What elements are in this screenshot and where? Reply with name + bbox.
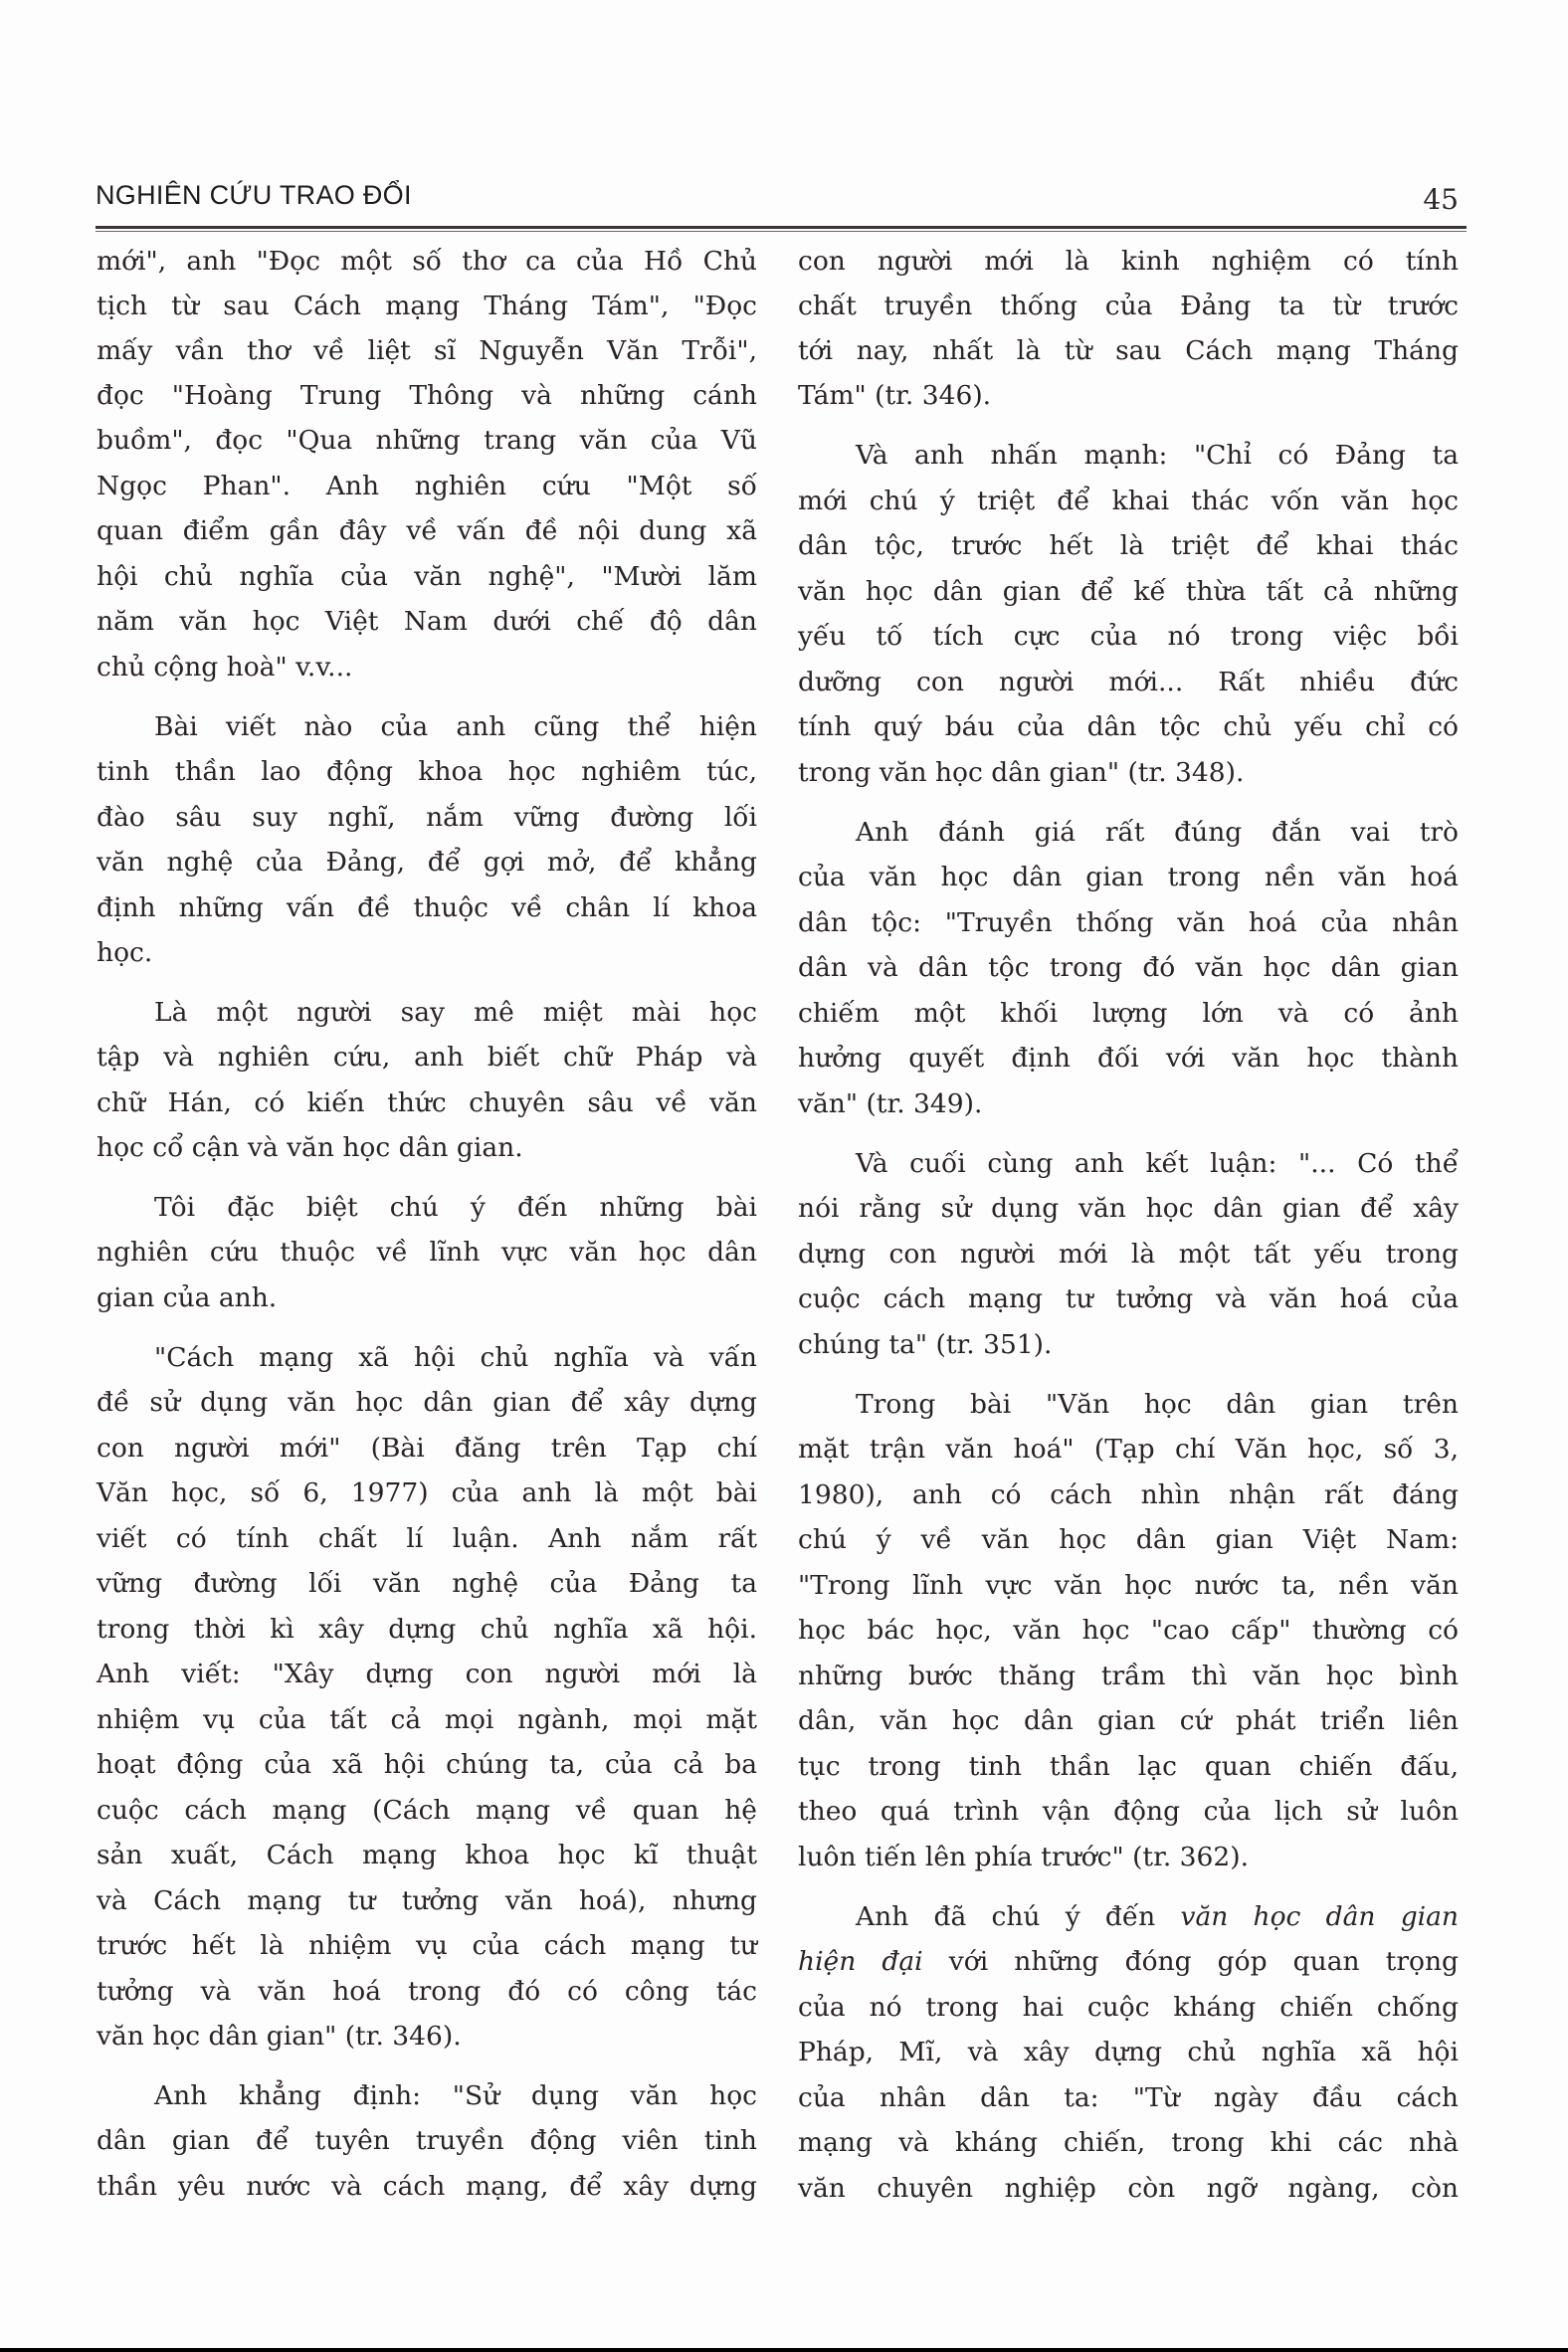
italic-emphasis: văn học dân gian <box>1180 1901 1459 1932</box>
text-line: Bài viết nào của anh cũng thể hiện <box>97 704 757 749</box>
text-line: chúng ta" (tr. 351). <box>798 1322 1459 1367</box>
text-line: "Trong lĩnh vực văn học nước ta, nền văn <box>798 1563 1459 1608</box>
text-line: Pháp, Mĩ, và xây dựng chủ nghĩa xã hội <box>798 2030 1459 2074</box>
header-rule-thick <box>96 226 1467 229</box>
text-line: học cổ cận và văn học dân gian. <box>97 1125 757 1170</box>
text-line: hiện đại với những đóng góp quan trọng <box>798 1939 1459 1984</box>
text-line: yếu tố tích cực của nó trong việc bồi <box>798 614 1459 659</box>
text-line: Anh khẳng định: "Sử dụng văn học <box>97 2073 757 2118</box>
text-line: chất truyền thống của Đảng ta từ trước <box>798 284 1459 328</box>
text-line: những bước thăng trầm thì văn học bình <box>798 1654 1459 1698</box>
text-line: của nhân dân ta: "Từ ngày đầu cách <box>798 2075 1459 2120</box>
text-line: đề sử dụng văn học dân gian để xây dựng <box>97 1380 757 1425</box>
text-line: tịch từ sau Cách mạng Tháng Tám", "Đọc <box>97 284 757 328</box>
text-line: trong thời kì xây dựng chủ nghĩa xã hội. <box>97 1607 757 1652</box>
text-line: tập và nghiên cứu, anh biết chữ Pháp và <box>97 1035 757 1079</box>
text-line: văn" (tr. 349). <box>798 1081 1459 1126</box>
document-page: NGHIÊN CỨU TRAO ĐỔI 45 mới", anh "Đọc mộ… <box>0 0 1568 2352</box>
text-line: quan điểm gần đây về vấn đề nội dung xã <box>97 508 757 553</box>
text-line: chú ý về văn học dân gian Việt Nam: <box>798 1517 1459 1562</box>
text-line: chủ cộng hoà" v.v... <box>97 645 757 689</box>
text-line: dưỡng con người mới... Rất nhiều đức <box>798 660 1459 704</box>
text-line: văn học dân gian" (tr. 346). <box>97 2014 757 2058</box>
text-line: luôn tiến lên phía trước" (tr. 362). <box>798 1835 1459 1879</box>
text-line: Ngọc Phan". Anh nghiên cứu "Một số <box>97 464 757 508</box>
text-line: dân tộc: "Truyền thống văn hoá của nhân <box>798 900 1459 945</box>
page-number: 45 <box>1423 183 1459 216</box>
text-line: trong văn học dân gian" (tr. 348). <box>798 750 1459 795</box>
text-line: văn học dân gian để kế thừa tất cả những <box>798 569 1459 614</box>
text-line: theo quá trình vận động của lịch sử luôn <box>798 1789 1459 1834</box>
text-line: nhiệm vụ của tất cả mọi ngành, mọi mặt <box>97 1697 757 1742</box>
running-head: NGHIÊN CỨU TRAO ĐỔI <box>96 180 412 211</box>
text-line: dựng con người mới là một tất yếu trong <box>798 1232 1459 1276</box>
text-line: hoạt động của xã hội chúng ta, của cả ba <box>97 1742 757 1787</box>
text-line: của nó trong hai cuộc kháng chiến chống <box>798 1985 1459 2030</box>
text-line: Và cuối cùng anh kết luận: "... Có thể <box>798 1141 1459 1186</box>
text-line: của văn học dân gian trong nền văn hoá <box>798 855 1459 899</box>
text-line: Là một người say mê miệt mài học <box>97 990 757 1035</box>
text-line: Văn học, số 6, 1977) của anh là một bài <box>97 1470 757 1515</box>
text-line: dân, văn học dân gian cứ phát triển liên <box>798 1698 1459 1743</box>
text-line: hội chủ nghĩa của văn nghệ", "Mười lăm <box>97 554 757 599</box>
text-line: chiếm một khối lượng lớn và có ảnh <box>798 991 1459 1036</box>
text-line: văn nghệ của Đảng, để gợi mở, để khẳng <box>97 840 757 884</box>
text-line: cuộc cách mạng tư tưởng và văn hoá của <box>798 1276 1459 1321</box>
text-line: tưởng và văn hoá trong đó có công tác <box>97 1969 757 2014</box>
text-span: với những đóng góp quan trọng <box>923 1946 1459 1977</box>
text-line: con người mới là kinh nghiệm có tính <box>798 239 1459 284</box>
text-line: học bác học, văn học "cao cấp" thường có <box>798 1608 1459 1653</box>
header-rule-thin <box>96 231 1467 232</box>
text-line: sản xuất, Cách mạng khoa học kĩ thuật <box>97 1833 757 1877</box>
text-line: Anh viết: "Xây dựng con người mới là <box>97 1652 757 1696</box>
text-line: Anh đã chú ý đến văn học dân gian <box>798 1894 1459 1939</box>
text-line: mới chú ý triệt để khai thác vốn văn học <box>798 479 1459 523</box>
text-line: "Cách mạng xã hội chủ nghĩa và vấn <box>97 1335 757 1380</box>
text-line: thần yêu nước và cách mạng, để xây dựng <box>97 2164 757 2209</box>
text-line: Trong bài "Văn học dân gian trên <box>798 1382 1459 1427</box>
text-line: dân và dân tộc trong đó văn học dân gian <box>798 945 1459 990</box>
text-line: tính quý báu của dân tộc chủ yếu chỉ có <box>798 704 1459 749</box>
text-line: Tôi đặc biệt chú ý đến những bài <box>97 1185 757 1230</box>
text-line: con người mới" (Bài đăng trên Tạp chí <box>97 1426 757 1470</box>
text-line: tục trong tinh thần lạc quan chiến đấu, <box>798 1744 1459 1789</box>
scan-edge <box>0 2348 1568 2352</box>
text-line: nghiên cứu thuộc về lĩnh vực văn học dân <box>97 1230 757 1274</box>
text-line: học. <box>97 930 757 975</box>
text-line: tới nay, nhất là từ sau Cách mạng Tháng <box>798 328 1459 373</box>
text-line: định những vấn đề thuộc về chân lí khoa <box>97 885 757 930</box>
italic-emphasis: hiện đại <box>798 1946 923 1977</box>
text-line: buồm", đọc "Qua những trang văn của Vũ <box>97 418 757 463</box>
text-line: hưởng quyết định đối với văn học thành <box>798 1036 1459 1080</box>
text-line: gian của anh. <box>97 1275 757 1320</box>
text-line: 1980), anh có cách nhìn nhận rất đáng <box>798 1472 1459 1517</box>
text-line: mặt trận văn hoá" (Tạp chí Văn học, số 3… <box>798 1427 1459 1471</box>
text-span: Anh đã chú ý đến <box>856 1901 1180 1932</box>
text-line: viết có tính chất lí luận. Anh nắm rất <box>97 1516 757 1561</box>
text-line: mạng và kháng chiến, trong khi các nhà <box>798 2120 1459 2165</box>
text-line: Và anh nhấn mạnh: "Chỉ có Đảng ta <box>798 433 1459 478</box>
text-line: trước hết là nhiệm vụ của cách mạng tư <box>97 1923 757 1968</box>
text-line: Tám" (tr. 346). <box>798 373 1459 418</box>
text-line: Anh đánh giá rất đúng đắn vai trò <box>798 810 1459 855</box>
text-line: vững đường lối văn nghệ của Đảng ta <box>97 1561 757 1606</box>
text-line: năm văn học Việt Nam dưới chế độ dân <box>97 599 757 644</box>
text-line: cuộc cách mạng (Cách mạng về quan hệ <box>97 1788 757 1833</box>
text-line: đào sâu suy nghĩ, nắm vững đường lối <box>97 795 757 840</box>
text-line: văn chuyên nghiệp còn ngỡ ngàng, còn <box>798 2166 1459 2211</box>
text-line: tinh thần lao động khoa học nghiêm túc, <box>97 749 757 794</box>
text-line: mấy vần thơ về liệt sĩ Nguyễn Văn Trỗi", <box>97 328 757 373</box>
text-line: dân tộc, trước hết là triệt để khai thác <box>798 523 1459 568</box>
text-line: chữ Hán, có kiến thức chuyên sâu về văn <box>97 1080 757 1125</box>
text-line: và Cách mạng tư tưởng văn hoá), nhưng <box>97 1878 757 1923</box>
text-line: nói rằng sử dụng văn học dân gian để xây <box>798 1186 1459 1231</box>
text-line: mới", anh "Đọc một số thơ ca của Hồ Chủ <box>97 239 757 284</box>
text-line: đọc "Hoàng Trung Thông và những cánh <box>97 373 757 418</box>
text-line: dân gian để tuyên truyền động viên tinh <box>97 2118 757 2163</box>
